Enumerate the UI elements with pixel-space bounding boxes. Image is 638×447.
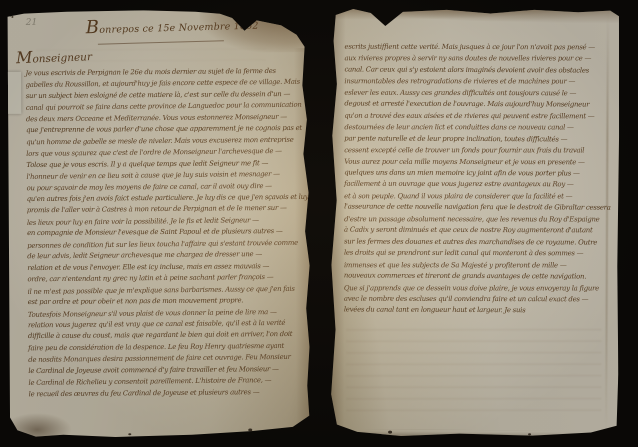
manuscript-line: canal. Car ceux qui s'y estoient alors i… [344, 64, 614, 77]
manuscript-line: destournées de leur ancien lict et condu… [344, 122, 614, 134]
edge-speck [528, 433, 531, 435]
manuscript-line: insurmontables des retrogradations de ri… [344, 77, 614, 89]
edge-speck [388, 431, 392, 434]
dateline: Bonrepos ce 15e Novembre 1662 [86, 19, 259, 37]
manuscript-line: relation et de vous l'envoyer. Elle est … [27, 261, 310, 275]
manuscript-line: escrits justiffient cette verité. Mais j… [345, 42, 615, 54]
manuscript-line: facillement à un ouvrage que vous jugere… [344, 179, 614, 191]
pencil-folio-number: 21 [26, 18, 38, 28]
letter-body-right: escrits justiffient cette verité. Mais j… [344, 42, 615, 327]
corner-mark: 4 [10, 12, 14, 20]
edge-speck [128, 433, 131, 435]
manuscript-page-left: 4 21 Bonrepos ce 15e Novembre 1662 Monse… [6, 8, 315, 439]
manuscript-line: à Cadix y seront diminués et que ceux de… [344, 225, 614, 237]
manuscript-line: sur les fermes des douanes et autres des… [344, 236, 614, 249]
manuscript-line: aux rivieres propres à servir ny sans do… [344, 54, 614, 66]
letter-body-left: Je vous escrivis de Perpignan le 26e du … [25, 66, 311, 405]
manuscript-line: les droits qui se prendront sur ledit ca… [344, 248, 614, 260]
manuscript-line: Que si j'apprends que ce dessein vous do… [344, 283, 614, 295]
manuscript-line: Vous aurez pour cela mille moyens Monsei… [344, 156, 614, 168]
manuscript-line: qu'en autres fois j'en avois faict estud… [27, 192, 310, 206]
dateline-underline [98, 40, 224, 44]
manuscript-line: cessent excepté celle de trouver un fond… [344, 145, 614, 157]
manuscript-line: nouveaux commerces et tireront de grands… [344, 270, 614, 283]
repair-tape [6, 72, 21, 114]
manuscript-photo: 4 21 Bonrepos ce 15e Novembre 1662 Monse… [0, 0, 638, 447]
manuscript-line: degoust et arresté l'execution de l'ouvr… [344, 99, 614, 112]
stain-bottom-left [6, 413, 73, 439]
edge-speck [248, 428, 252, 431]
manuscript-line: quelques uns dans un mien memoire icy jo… [344, 167, 614, 180]
manuscript-line: l'asseurance de cette nouvelle navigatio… [344, 202, 614, 215]
manuscript-line: qu'on a trouvé des eaux aisées et de riv… [344, 110, 614, 122]
manuscript-line: levées du canal tant en longueur haut et… [344, 305, 614, 318]
stain-top-edge [330, 6, 622, 23]
stain-bottom-edge [357, 429, 605, 438]
manuscript-line: d'estre un passage absolument necessaire… [344, 214, 614, 226]
manuscript-page-right: escrits justiffient cette verité. Mais j… [328, 6, 622, 438]
ink-showthrough [346, 329, 601, 411]
salutation: Monseigneur [16, 45, 93, 67]
manuscript-line: par pente naturelle et de leur propre in… [344, 133, 614, 146]
